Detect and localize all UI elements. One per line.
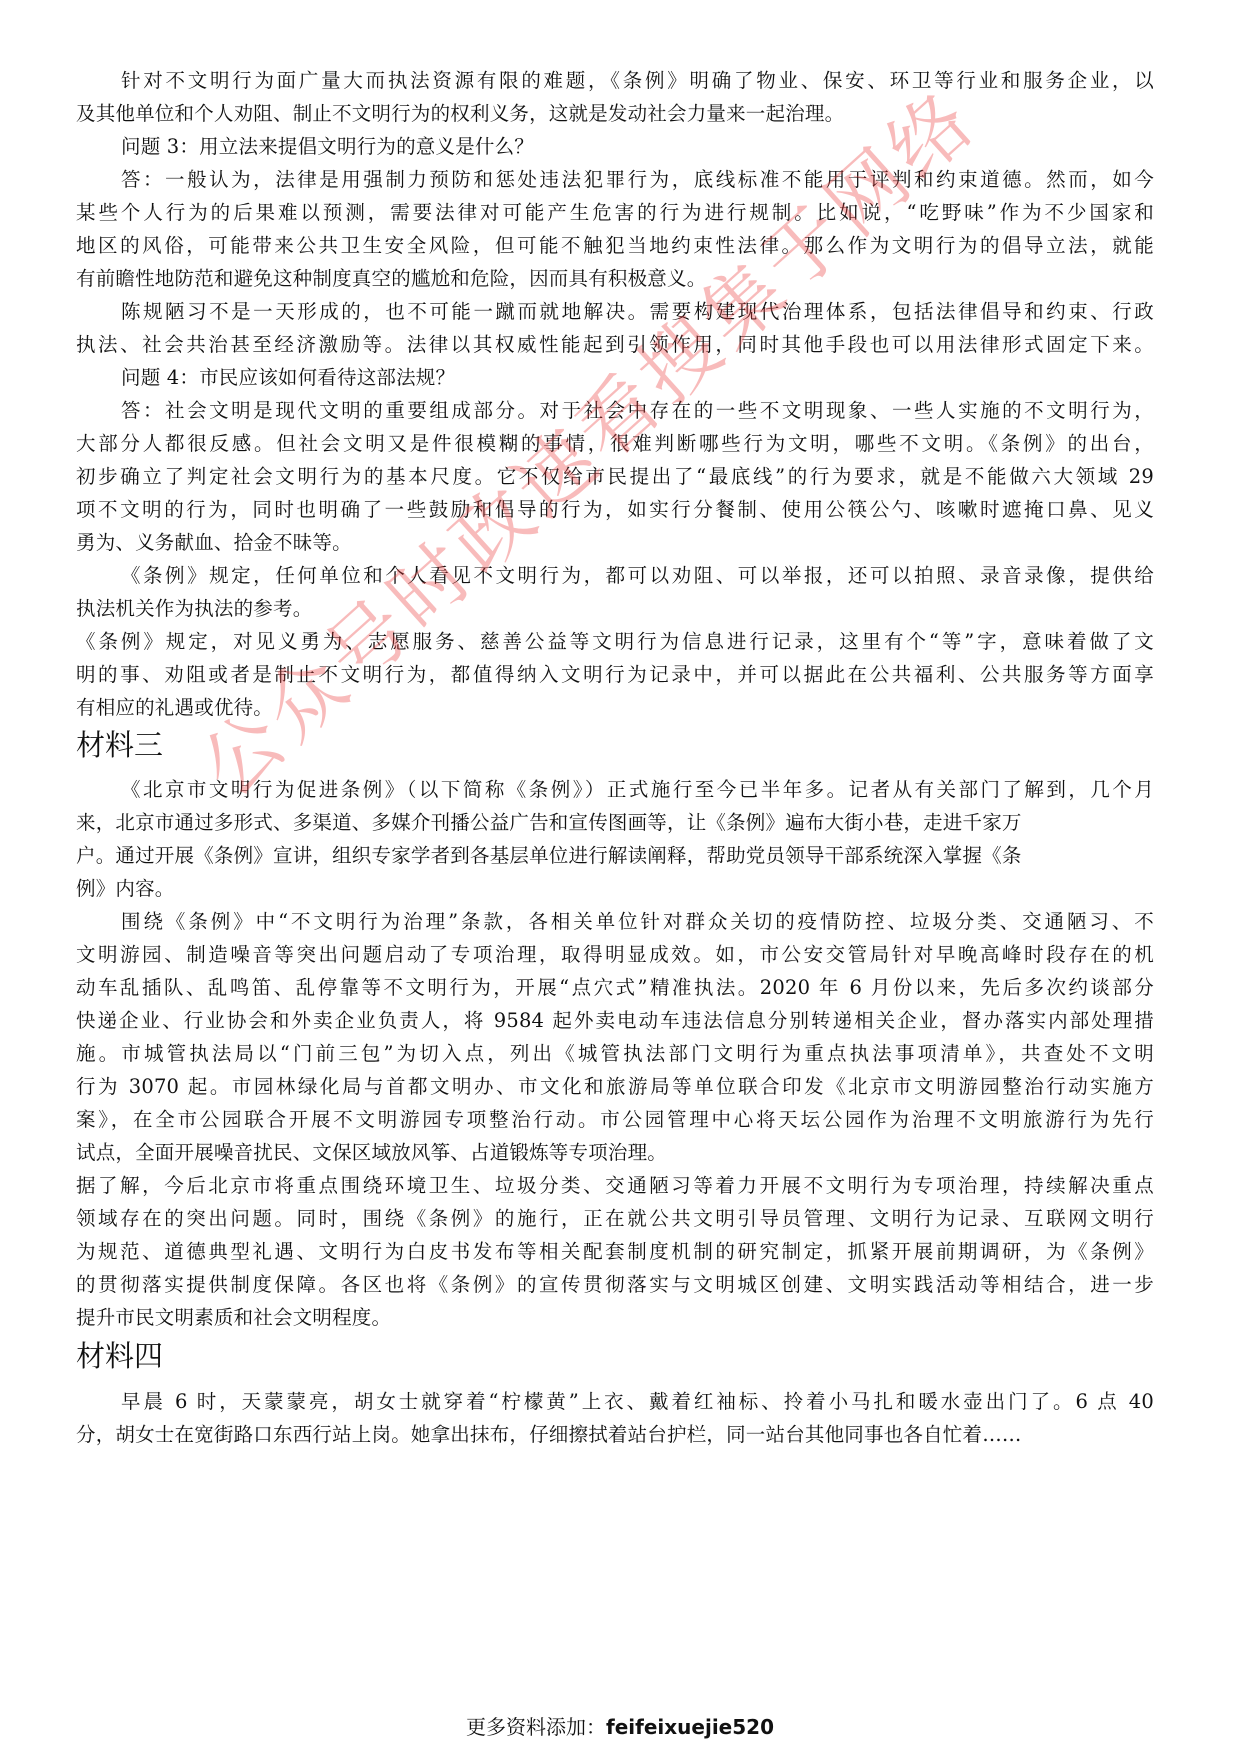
paragraph-line: 执法机关作为执法的参考。 bbox=[76, 597, 1154, 621]
question-heading: 问题 4：市民应该如何看待这部法规？ bbox=[76, 366, 1154, 390]
paragraph-line: 来，北京市通过多形式、多渠道、多媒介刊播公益广告和宣传图画等，让《条例》遍布大街… bbox=[76, 811, 1154, 835]
paragraph-line: 为规范、道德典型礼遇、文明行为白皮书发布等相关配套制度机制的研究制定，抓紧开展前… bbox=[76, 1240, 1154, 1264]
paragraph-line: 文明游园、制造噪音等突出问题启动了专项治理，取得明显成效。如，市公安交管局针对早… bbox=[76, 943, 1154, 967]
paragraph-line: 快递企业、行业协会和外卖企业负责人，将 9584 起外卖电动车违法信息分别转递相… bbox=[76, 1009, 1154, 1033]
paragraph-line: 答：一般认为，法律是用强制力预防和惩处违法犯罪行为，底线标准不能用于评判和约束道… bbox=[76, 168, 1154, 192]
paragraph-line: 大部分人都很反感。但社会文明又是件很模糊的事情，很难判断哪些行为文明，哪些不文明… bbox=[76, 432, 1154, 456]
section-heading-material-3: 材料三 bbox=[76, 727, 163, 763]
paragraph-line: 某些个人行为的后果难以预测，需要法律对可能产生危害的行为进行规制。比如说，“吃野… bbox=[76, 201, 1154, 225]
paragraph-line: 试点，全面开展噪音扰民、文保区域放风筝、占道锻炼等专项治理。 bbox=[76, 1141, 1154, 1165]
paragraph-line: 施。市城管执法局以“门前三包”为切入点，列出《城管执法部门文明行为重点执法事项清… bbox=[76, 1042, 1154, 1066]
paragraph-line: 地区的风俗，可能带来公共卫生安全风险，但可能不触犯当地约束性法律。那么作为文明行… bbox=[76, 234, 1154, 258]
paragraph-line: 陈规陋习不是一天形成的，也不可能一蹴而就地解决。需要构建现代治理体系，包括法律倡… bbox=[76, 300, 1154, 324]
page-footer: 更多资料添加：feifeixuejie520 bbox=[0, 1714, 1240, 1740]
footer-contact-id: feifeixuejie520 bbox=[606, 1715, 774, 1739]
document-page: 针对不文明行为面广量大而执法资源有限的难题，《条例》明确了物业、保安、环卫等行业… bbox=[0, 0, 1240, 1754]
paragraph-line: 领域存在的突出问题。同时，围绕《条例》的施行，正在就公共文明引导员管理、文明行为… bbox=[76, 1207, 1154, 1231]
paragraph-line: 有相应的礼遇或优待。 bbox=[76, 696, 1154, 720]
paragraph-line: 明的事、劝阻或者是制止不文明行为，都值得纳入文明行为记录中，并可以据此在公共福利… bbox=[76, 663, 1154, 687]
section-heading-material-4: 材料四 bbox=[76, 1338, 163, 1374]
paragraph-line: 户。通过开展《条例》宣讲，组织专家学者到各基层单位进行解读阐释，帮助党员领导干部… bbox=[76, 844, 1154, 868]
footer-label: 更多资料添加： bbox=[466, 1715, 606, 1739]
paragraph-line: 例》内容。 bbox=[76, 877, 1154, 901]
paragraph-line: 行为 3070 起。市园林绿化局与首都文明办、市文化和旅游局等单位联合印发《北京… bbox=[76, 1075, 1154, 1099]
paragraph-line: 执法、社会共治甚至经济激励等。法律以其权威性能起到引领作用，同时其他手段也可以用… bbox=[76, 333, 1154, 357]
paragraph-line: 动车乱插队、乱鸣笛、乱停靠等不文明行为，开展“点穴式”精准执法。2020 年 6… bbox=[76, 976, 1154, 1000]
paragraph-line: 勇为、义务献血、拾金不昧等。 bbox=[76, 531, 1154, 555]
paragraph-line: 有前瞻性地防范和避免这种制度真空的尴尬和危险，因而具有积极意义。 bbox=[76, 267, 1154, 291]
paragraph-line: 《条例》规定，任何单位和个人看见不文明行为，都可以劝阻、可以举报，还可以拍照、录… bbox=[76, 564, 1154, 588]
paragraph-line: 早晨 6 时，天蒙蒙亮，胡女士就穿着“柠檬黄”上衣、戴着红袖标、拎着小马扎和暖水… bbox=[76, 1390, 1154, 1414]
question-heading: 问题 3：用立法来提倡文明行为的意义是什么？ bbox=[76, 135, 1154, 159]
paragraph-line: 分，胡女士在宽街路口东西行站上岗。她拿出抹布，仔细擦拭着站台护栏，同一站台其他同… bbox=[76, 1423, 1154, 1447]
paragraph-line: 围绕《条例》中“不文明行为治理”条款，各相关单位针对群众关切的疫情防控、垃圾分类… bbox=[76, 910, 1154, 934]
paragraph-line: 的贯彻落实提供制度保障。各区也将《条例》的宣传贯彻落实与文明城区创建、文明实践活… bbox=[76, 1273, 1154, 1297]
paragraph-line: 答：社会文明是现代文明的重要组成部分。对于社会中存在的一些不文明现象、一些人实施… bbox=[76, 399, 1154, 423]
paragraph-line: 初步确立了判定社会文明行为的基本尺度。它不仅给市民提出了“最底线”的行为要求，就… bbox=[76, 465, 1154, 489]
paragraph-line: 及其他单位和个人劝阻、制止不文明行为的权利义务，这就是发动社会力量来一起治理。 bbox=[76, 102, 1154, 126]
paragraph-line: 据了解，今后北京市将重点围绕环境卫生、垃圾分类、交通陋习等着力开展不文明行为专项… bbox=[76, 1174, 1154, 1198]
paragraph-line: 提升市民文明素质和社会文明程度。 bbox=[76, 1306, 1154, 1330]
paragraph-line: 《北京市文明行为促进条例》（以下简称《条例》）正式施行至今已半年多。记者从有关部… bbox=[76, 778, 1154, 802]
paragraph-line: 项不文明的行为，同时也明确了一些鼓励和倡导的行为，如实行分餐制、使用公筷公勺、咳… bbox=[76, 498, 1154, 522]
paragraph-line: 案》，在全市公园联合开展不文明游园专项整治行动。市公园管理中心将天坛公园作为治理… bbox=[76, 1108, 1154, 1132]
paragraph-line: 《条例》规定，对见义勇为、志愿服务、慈善公益等文明行为信息进行记录，这里有个“等… bbox=[76, 630, 1154, 654]
paragraph-line: 针对不文明行为面广量大而执法资源有限的难题，《条例》明确了物业、保安、环卫等行业… bbox=[76, 69, 1154, 93]
